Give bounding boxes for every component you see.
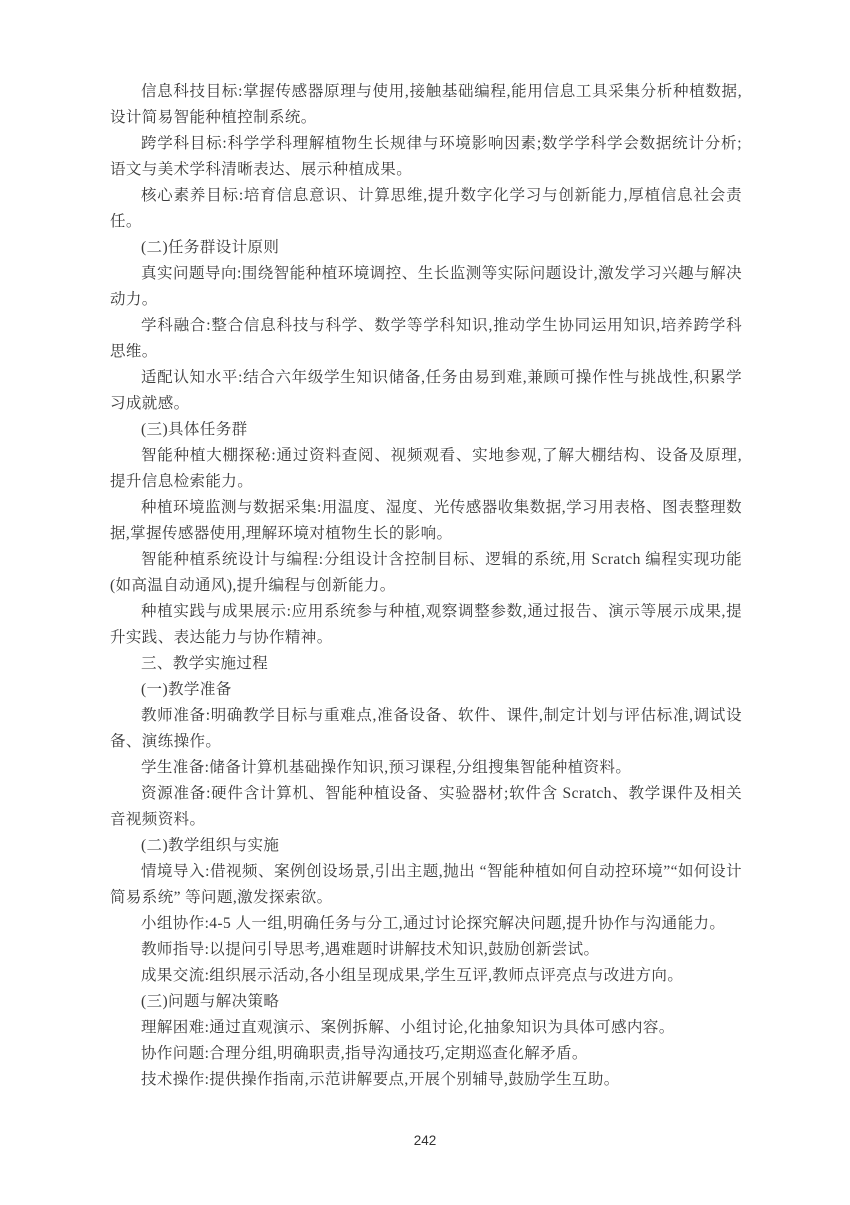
heading-teaching-implementation: 三、教学实施过程	[110, 651, 742, 677]
paragraph-teacher-preparation: 教师准备:明确教学目标与重难点,准备设备、软件、课件,制定计划与评估标准,调试设…	[110, 703, 742, 755]
heading-specific-task-groups: (三)具体任务群	[110, 417, 742, 443]
paragraph-resource-preparation: 资源准备:硬件含计算机、智能种植设备、实验器材;软件含 Scratch、教学课件…	[110, 781, 742, 833]
paragraph-info-tech-goal: 信息科技目标:掌握传感器原理与使用,接触基础编程,能用信息工具采集分析种植数据,…	[110, 79, 742, 131]
document-body: 信息科技目标:掌握传感器原理与使用,接触基础编程,能用信息工具采集分析种植数据,…	[110, 79, 742, 1093]
paragraph-understanding-difficulty: 理解困难:通过直观演示、案例拆解、小组讨论,化抽象知识为具体可感内容。	[110, 1015, 742, 1041]
paragraph-greenhouse-exploration: 智能种植大棚探秘:通过资料查阅、视频观看、实地参观,了解大棚结构、设备及原理,提…	[110, 443, 742, 495]
paragraph-result-exchange: 成果交流:组织展示活动,各小组呈现成果,学生互评,教师点评亮点与改进方向。	[110, 963, 742, 989]
paragraph-student-preparation: 学生准备:储备计算机基础操作知识,预习课程,分组搜集智能种植资料。	[110, 755, 742, 781]
heading-problems-and-solutions: (三)问题与解决策略	[110, 989, 742, 1015]
paragraph-system-design-programming: 智能种植系统设计与编程:分组设计含控制目标、逻辑的系统,用 Scratch 编程…	[110, 547, 742, 599]
paragraph-environment-monitoring: 种植环境监测与数据采集:用温度、湿度、光传感器收集数据,学习用表格、图表整理数据…	[110, 495, 742, 547]
paragraph-teacher-guidance: 教师指导:以提问引导思考,遇难题时讲解技术知识,鼓励创新尝试。	[110, 937, 742, 963]
paragraph-group-collaboration: 小组协作:4-5 人一组,明确任务与分工,通过讨论探究解决问题,提升协作与沟通能…	[110, 911, 742, 937]
paragraph-collaboration-problem: 协作问题:合理分组,明确职责,指导沟通技巧,定期巡查化解矛盾。	[110, 1041, 742, 1067]
paragraph-cognitive-level-fit: 适配认知水平:结合六年级学生知识储备,任务由易到难,兼顾可操作性与挑战性,积累学…	[110, 365, 742, 417]
paragraph-planting-practice-showcase: 种植实践与成果展示:应用系统参与种植,观察调整参数,通过报告、演示等展示成果,提…	[110, 599, 742, 651]
paragraph-technical-operation: 技术操作:提供操作指南,示范讲解要点,开展个别辅导,鼓励学生互助。	[110, 1067, 742, 1093]
paragraph-core-literacy-goal: 核心素养目标:培育信息意识、计算思维,提升数字化学习与创新能力,厚植信息社会责任…	[110, 183, 742, 235]
heading-task-group-design-principles: (二)任务群设计原则	[110, 235, 742, 261]
document-page: 信息科技目标:掌握传感器原理与使用,接触基础编程,能用信息工具采集分析种植数据,…	[0, 0, 850, 1205]
paragraph-subject-integration: 学科融合:整合信息科技与科学、数学等学科知识,推动学生协同运用知识,培养跨学科思…	[110, 313, 742, 365]
paragraph-situational-introduction: 情境导入:借视频、案例创设场景,引出主题,抛出 “智能种植如何自动控环境”“如何…	[110, 859, 742, 911]
heading-teaching-organization: (二)教学组织与实施	[110, 833, 742, 859]
paragraph-cross-subject-goal: 跨学科目标:科学学科理解植物生长规律与环境影响因素;数学学科学会数据统计分析;语…	[110, 131, 742, 183]
paragraph-real-problem-orientation: 真实问题导向:围绕智能种植环境调控、生长监测等实际问题设计,激发学习兴趣与解决动…	[110, 261, 742, 313]
heading-teaching-preparation: (一)教学准备	[110, 677, 742, 703]
page-number: 242	[0, 1133, 850, 1148]
